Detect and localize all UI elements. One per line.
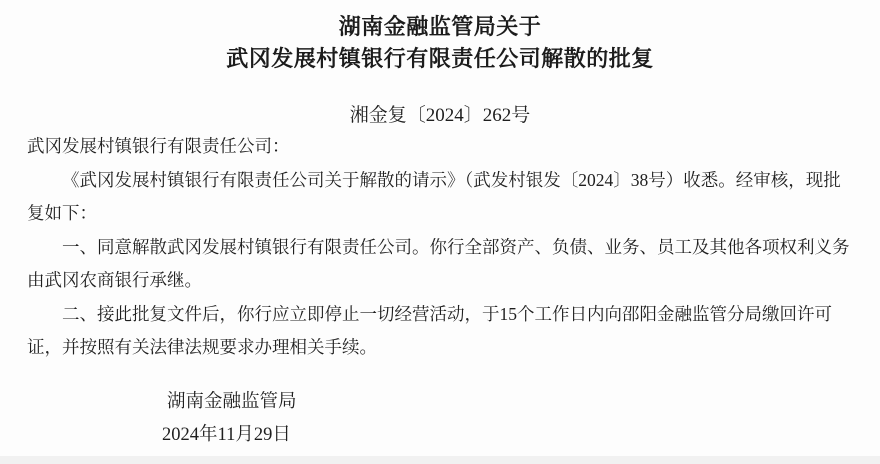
paragraph-3-line-1: 二、接此批复文件后，你行应立即停止一切经营活动，于15个工作日内向邵阳金融监管分… [27,298,853,332]
document-title-line-2: 武冈发展村镇银行有限责任公司解散的批复 [0,43,880,75]
paragraph-2-line-1: 一、同意解散武冈发展村镇银行有限责任公司。你行全部资产、负债、业务、员工及其他各… [27,231,853,265]
document-number: 湘金复〔2024〕262号 [0,102,880,129]
paragraph-1-line-1: 《武冈发展村镇银行有限责任公司关于解散的请示》（武发村银发〔2024〕38号）收… [27,164,853,198]
issue-date: 2024年11月29日 [162,419,291,452]
document-title: 湖南金融监管局关于 武冈发展村镇银行有限责任公司解散的批复 [0,11,880,75]
salutation-line: 武冈发展村镇银行有限责任公司： [27,130,853,164]
paragraph-3-line-2: 证，并按照有关法律法规要求办理相关手续。 [27,331,853,365]
document-title-line-1: 湖南金融监管局关于 [0,11,880,43]
document-body: 武冈发展村镇银行有限责任公司： 《武冈发展村镇银行有限责任公司关于解散的请示》（… [27,130,853,365]
issuer-signature: 湖南金融监管局 [167,386,297,419]
paragraph-2-line-2: 由武冈农商银行承继。 [27,264,853,298]
bottom-edge-strip [0,456,880,464]
paragraph-1-line-2: 复如下： [27,197,853,231]
document-page: 湖南金融监管局关于 武冈发展村镇银行有限责任公司解散的批复 湘金复〔2024〕2… [0,0,880,464]
